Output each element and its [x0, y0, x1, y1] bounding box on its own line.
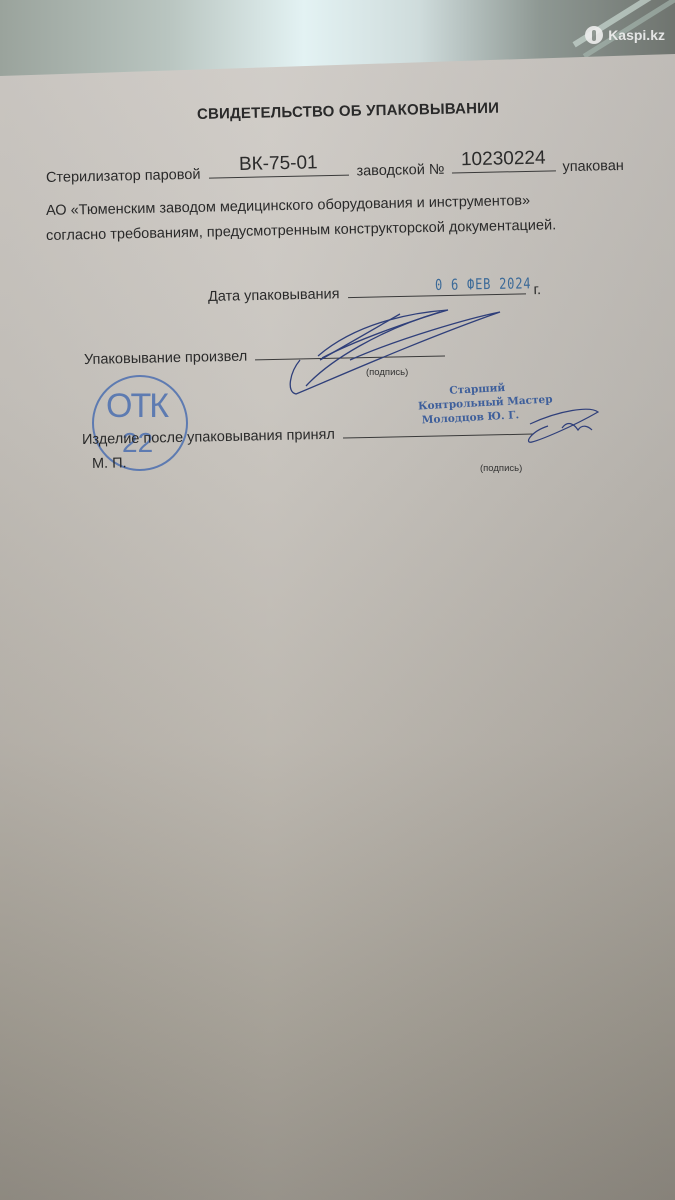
signatures: [0, 0, 675, 520]
accepted-by-signature: [529, 409, 598, 442]
packing-certificate: СВИДЕТЕЛЬСТВО ОБ УПАКОВЫВАНИИ Стерилизат…: [0, 0, 675, 1200]
packed-by-signature: [290, 310, 500, 394]
